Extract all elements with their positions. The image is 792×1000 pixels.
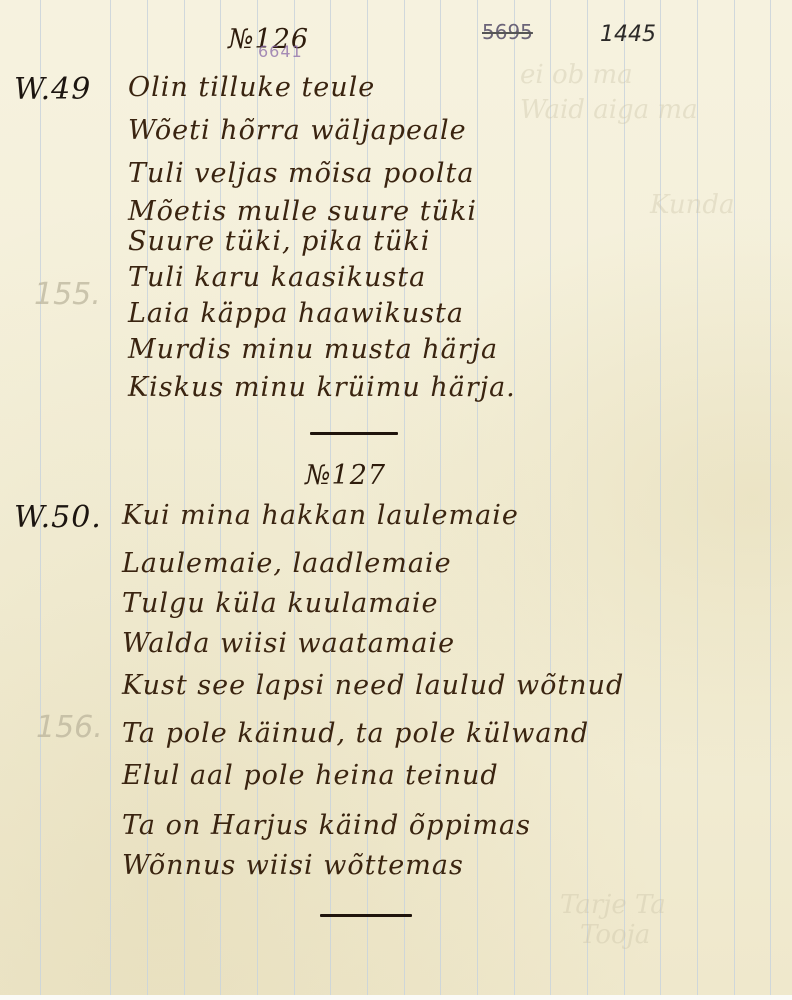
poem-line: Ta pole käinud, ta pole külwand (122, 718, 589, 749)
bleed-through-text: Tarje Ta (560, 890, 666, 920)
ruled-line (404, 0, 405, 995)
ruled-line (147, 0, 148, 995)
ruled-line (184, 0, 185, 995)
ruled-line (294, 0, 295, 995)
margin-reference: W.50. (14, 500, 102, 535)
poem-line: Elul aal pole heina teinud (122, 760, 499, 791)
manuscript-page: ei ob ma Waid aiga ma Kunda Tarje Ta Too… (0, 0, 792, 995)
poem-line: Laulemaie, laadlemaie (122, 548, 452, 579)
poem-line: Suure tüki, pika tüki (128, 226, 430, 257)
pencil-page-number: 156. (36, 710, 103, 745)
ruled-line (477, 0, 478, 995)
poem-line: Tuli karu kaasikusta (128, 262, 426, 293)
ruled-line (697, 0, 698, 995)
poem-line: Tulgu küla kuulamaie (122, 588, 439, 619)
struck-out-number: 5695 (482, 20, 533, 44)
poem-line: Tuli veljas mõisa poolta (128, 158, 474, 189)
section-divider (310, 432, 398, 435)
ruled-line (220, 0, 221, 995)
ruled-line (550, 0, 551, 995)
ruled-line (514, 0, 515, 995)
bleed-through-text: ei ob ma (520, 60, 633, 90)
ruled-line (257, 0, 258, 995)
poem-line: Walda wiisi waatamaie (122, 628, 455, 659)
poem-line: Ta on Harjus käind õppimas (122, 810, 531, 841)
bleed-through-text: Waid aiga ma (520, 95, 698, 125)
ruled-line (660, 0, 661, 995)
poem-line: Mõetis mulle suure tüki (128, 196, 477, 227)
ruled-line (110, 0, 111, 995)
ruled-line (624, 0, 625, 995)
poem-line: Kust see lapsi need laulud wõtnud (122, 670, 624, 701)
poem-line: Wõnnus wiisi wõttemas (122, 850, 464, 881)
ruled-line (734, 0, 735, 995)
poem-line: Kui mina hakkan laulemaie (122, 500, 519, 531)
purple-stamp-number: 6641 (258, 42, 303, 61)
song-number-127: №127 (305, 460, 386, 491)
ruled-line (40, 0, 41, 995)
ruled-line (770, 0, 771, 995)
poem-line: Laia käppa haawikusta (128, 298, 464, 329)
poem-line: Kiskus minu krüimu härja. (128, 372, 516, 403)
ruled-line (587, 0, 588, 995)
ruled-line (367, 0, 368, 995)
poem-line: Murdis minu musta härja (128, 334, 498, 365)
margin-reference: W.49 (14, 72, 91, 107)
scan-edge (0, 995, 792, 1000)
poem-line: Wõeti hõrra wäljapeale (128, 115, 467, 146)
bleed-through-text: Tooja (580, 920, 650, 950)
ruled-line (440, 0, 441, 995)
pencil-page-number: 155. (34, 277, 101, 312)
ruled-line (330, 0, 331, 995)
poem-line: Olin tilluke teule (128, 72, 375, 103)
bleed-through-text: Kunda (650, 190, 735, 220)
section-divider (320, 914, 412, 917)
archive-number: 1445 (600, 22, 656, 47)
